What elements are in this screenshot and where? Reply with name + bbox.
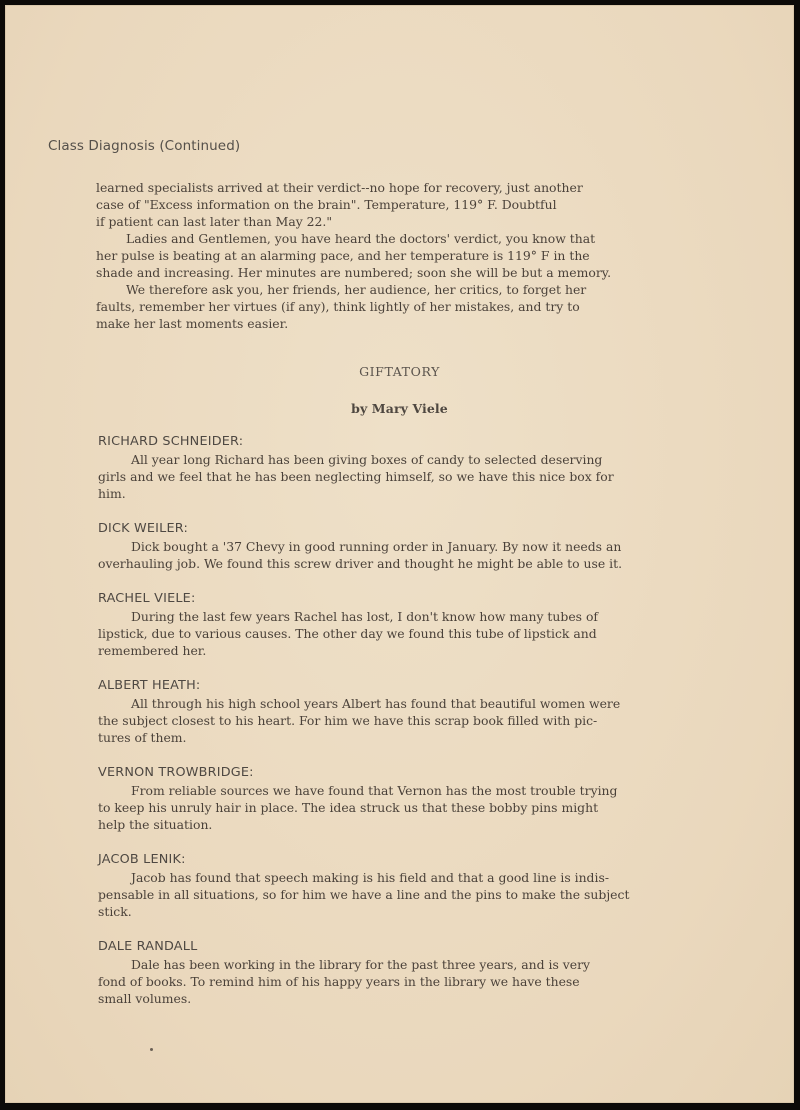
entry-line: All through his high school years Albert… [98, 695, 758, 712]
entry-line: pensable in all situations, so for him w… [98, 886, 758, 903]
entry-line: All year long Richard has been giving bo… [98, 451, 758, 468]
entry-line: small volumes. [98, 990, 758, 1007]
recipient-name: RICHARD SCHNEIDER: [98, 433, 758, 451]
gift-entries: RICHARD SCHNEIDER: All year long Richard… [98, 433, 758, 1025]
entry-line: to keep his unruly hair in place. The id… [98, 799, 758, 816]
intro-paragraphs: learned specialists arrived at their ver… [96, 179, 746, 332]
recipient-name: DALE RANDALL [98, 938, 758, 956]
gift-entry: RACHEL VIELE: During the last few years … [98, 590, 758, 659]
entry-line: From reliable sources we have found that… [98, 782, 758, 799]
intro-line: learned specialists arrived at their ver… [96, 179, 746, 196]
recipient-name: JACOB LENIK: [98, 851, 758, 869]
section-header: Class Diagnosis (Continued) [48, 138, 240, 154]
gift-entry: ALBERT HEATH: All through his high schoo… [98, 677, 758, 746]
recipient-name: DICK WEILER: [98, 520, 758, 538]
entry-line: During the last few years Rachel has los… [98, 608, 758, 625]
entry-line: tures of them. [98, 729, 758, 746]
recipient-name: ALBERT HEATH: [98, 677, 758, 695]
entry-line: stick. [98, 903, 758, 920]
giftatory-byline: by Mary Viele [5, 401, 794, 416]
intro-line: Ladies and Gentlemen, you have heard the… [96, 230, 746, 247]
intro-line: shade and increasing. Her minutes are nu… [96, 264, 746, 281]
recipient-name: VERNON TROWBRIDGE: [98, 764, 758, 782]
intro-line: her pulse is beating at an alarming pace… [96, 247, 746, 264]
recipient-name: RACHEL VIELE: [98, 590, 758, 608]
entry-line: help the situation. [98, 816, 758, 833]
giftatory-title: GIFTATORY [5, 364, 794, 379]
intro-line: faults, remember her virtues (if any), t… [96, 298, 746, 315]
intro-line: We therefore ask you, her friends, her a… [96, 281, 746, 298]
intro-line: make her last moments easier. [96, 315, 746, 332]
gift-entry: DALE RANDALL Dale has been working in th… [98, 938, 758, 1007]
entry-line: girls and we feel that he has been negle… [98, 468, 758, 485]
paper-speck [150, 1048, 153, 1051]
intro-line: case of "Excess information on the brain… [96, 196, 746, 213]
entry-line: fond of books. To remind him of his happ… [98, 973, 758, 990]
entry-line: remembered her. [98, 642, 758, 659]
intro-line: if patient can last later than May 22." [96, 213, 746, 230]
entry-line: the subject closest to his heart. For hi… [98, 712, 758, 729]
entry-line: him. [98, 485, 758, 502]
document-page: Class Diagnosis (Continued) learned spec… [5, 5, 794, 1103]
gift-entry: VERNON TROWBRIDGE: From reliable sources… [98, 764, 758, 833]
entry-line: lipstick, due to various causes. The oth… [98, 625, 758, 642]
entry-line: Jacob has found that speech making is hi… [98, 869, 758, 886]
gift-entry: JACOB LENIK: Jacob has found that speech… [98, 851, 758, 920]
gift-entry: RICHARD SCHNEIDER: All year long Richard… [98, 433, 758, 502]
gift-entry: DICK WEILER: Dick bought a '37 Chevy in … [98, 520, 758, 572]
entry-line: overhauling job. We found this screw dri… [98, 555, 758, 572]
entry-line: Dale has been working in the library for… [98, 956, 758, 973]
entry-line: Dick bought a '37 Chevy in good running … [98, 538, 758, 555]
